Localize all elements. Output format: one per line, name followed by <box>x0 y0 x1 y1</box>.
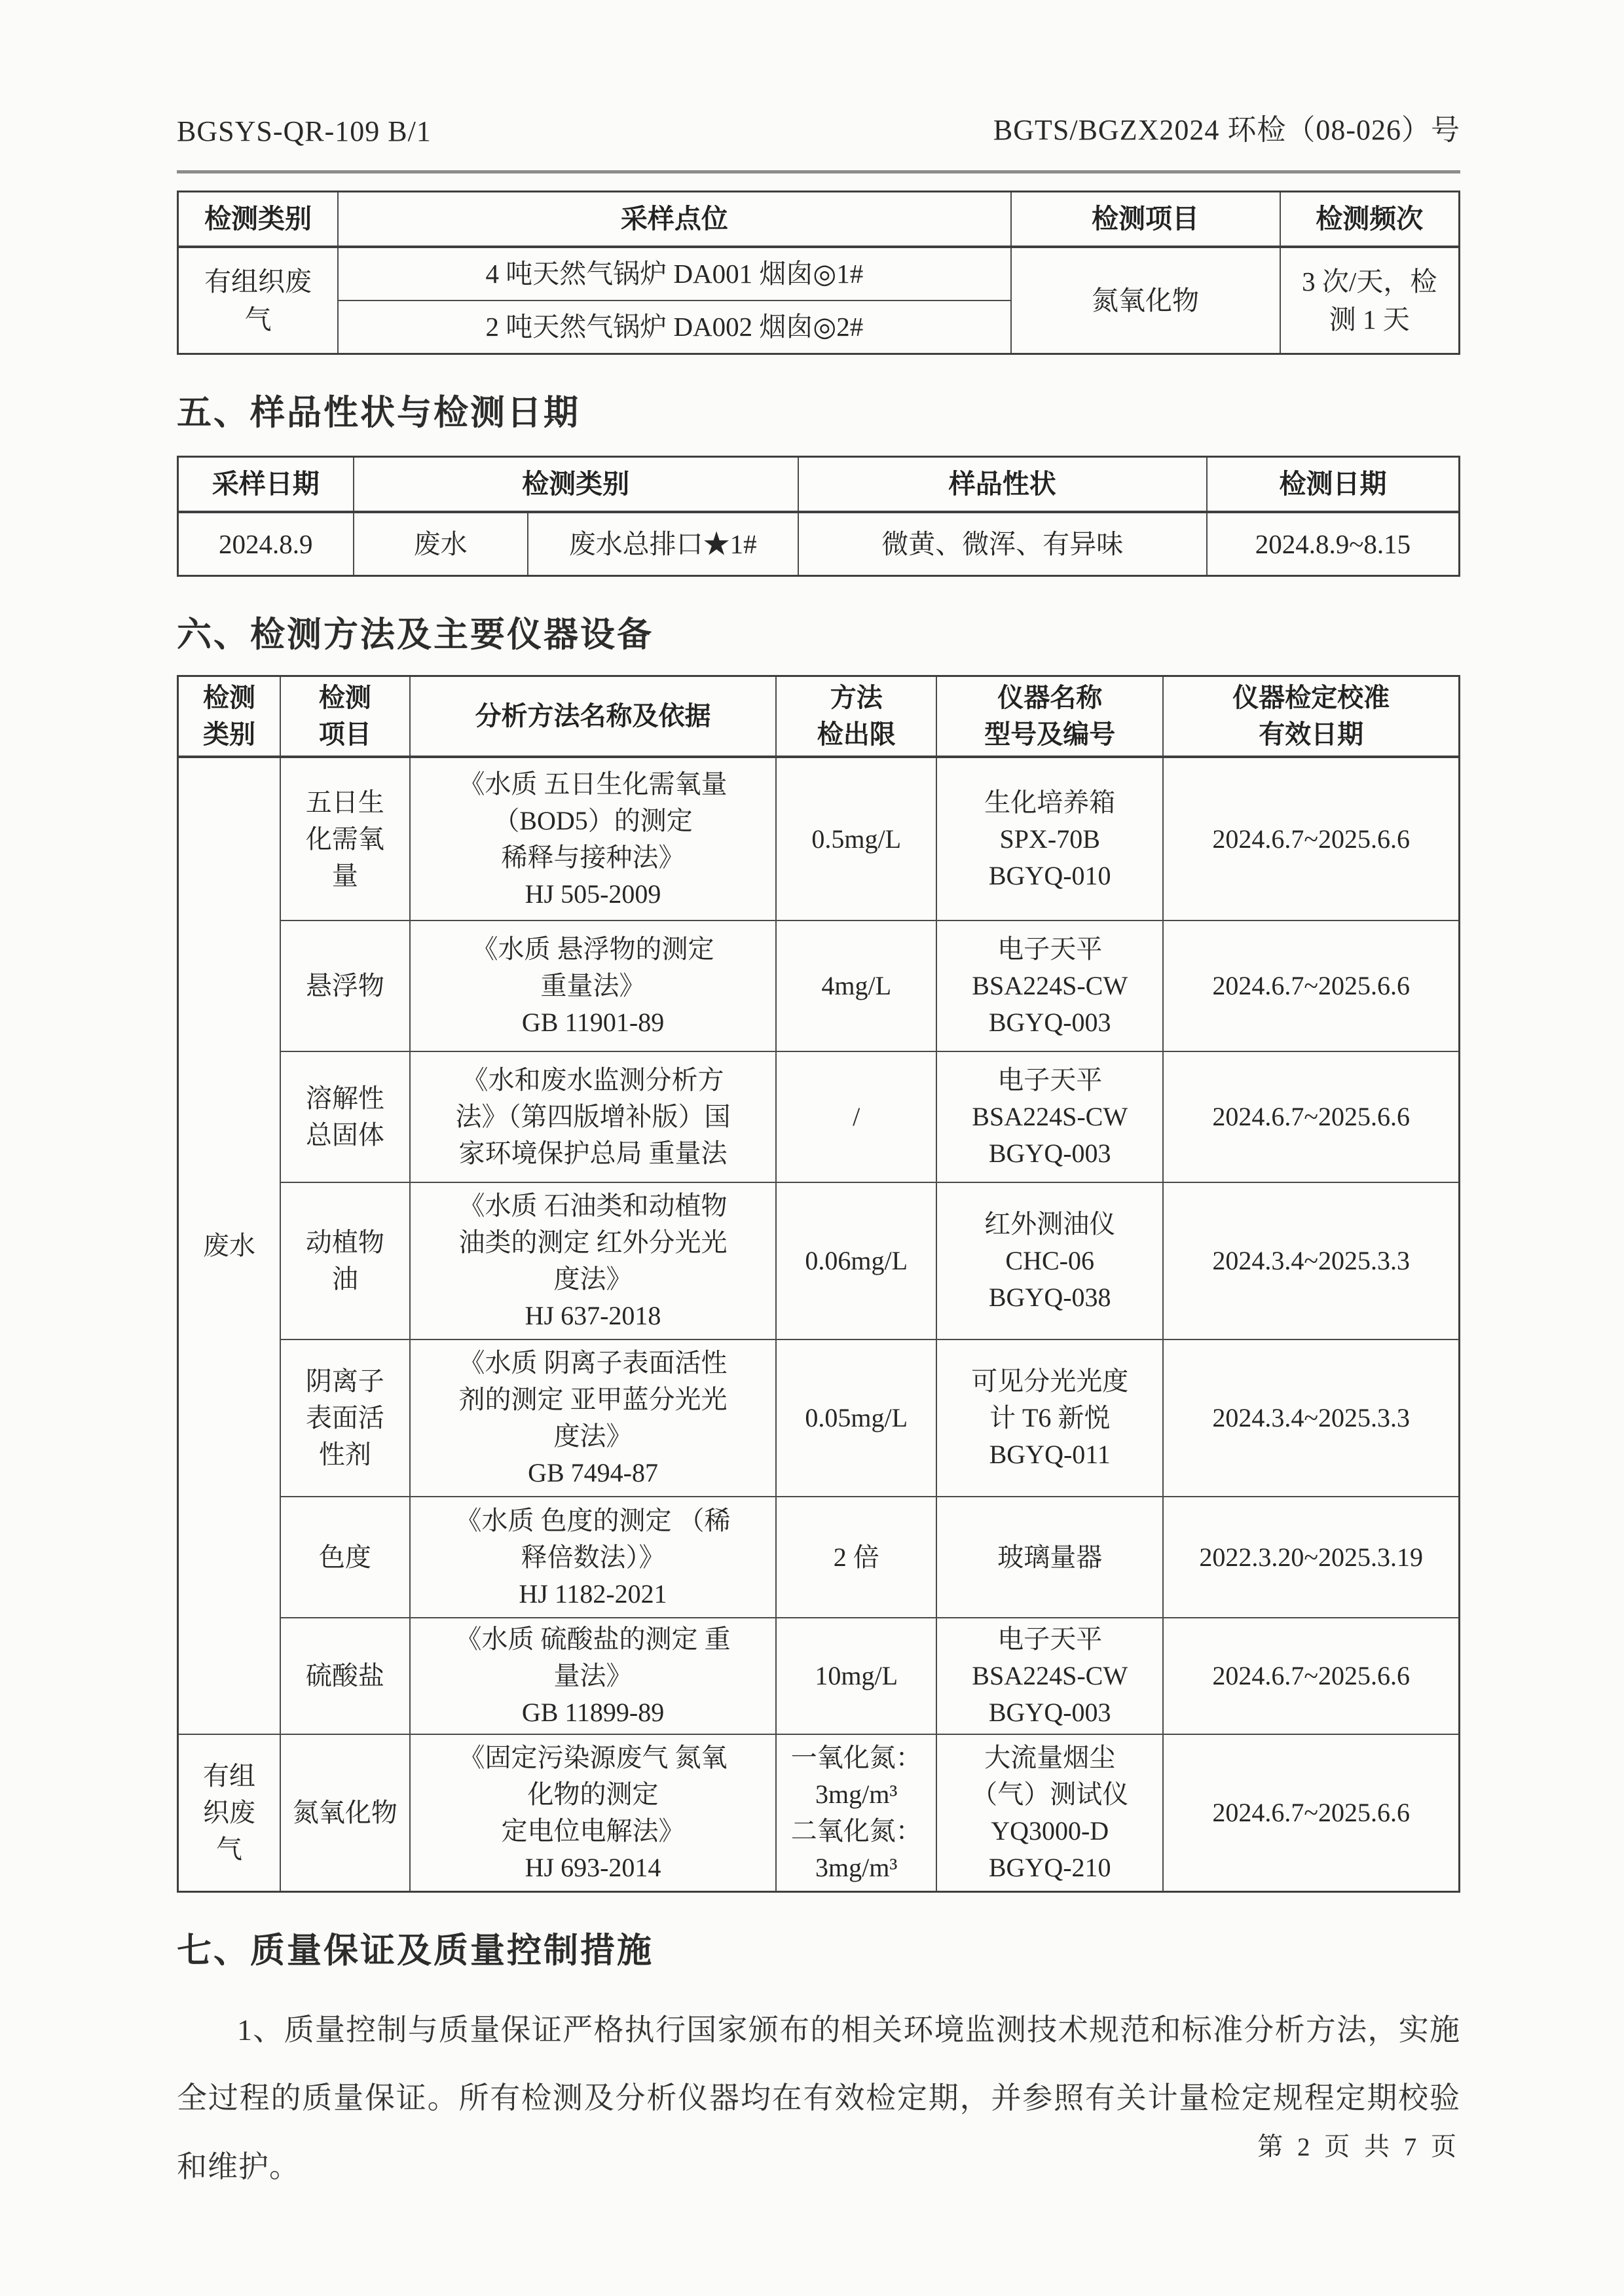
cell-method: 《水质 色度的测定 （稀 释倍数法）》 HJ 1182-2021 <box>410 1497 777 1618</box>
cell-limit: 一氧化氮： 3mg/m³ 二氧化氮： 3mg/m³ <box>776 1734 936 1891</box>
cell-method: 《水质 阴离子表面活性 剂的测定 亚甲蓝分光光 度法》 GB 7494-87 <box>410 1339 777 1497</box>
table-row: 色度 《水质 色度的测定 （稀 释倍数法）》 HJ 1182-2021 2 倍 … <box>178 1497 1460 1618</box>
table-header-row: 检测 类别 检测 项目 分析方法名称及依据 方法 检出限 仪器名称 型号及编号 … <box>178 676 1460 757</box>
table-row: 溶解性 总固体 《水和废水监测分析方 法》（第四版增补版）国 家环境保护总局 重… <box>178 1051 1460 1182</box>
table-row: 硫酸盐 《水质 硫酸盐的测定 重 量法》 GB 11899-89 10mg/L … <box>178 1618 1460 1734</box>
cell-item: 阴离子 表面活 性剂 <box>280 1339 410 1497</box>
col-header-category: 检测类别 <box>178 192 339 247</box>
section-7-title: 七、质量保证及质量控制措施 <box>177 1923 1460 1973</box>
qa-paragraph: 1、质量控制与质量保证严格执行国家颁布的相关环境监测技术规范和标准分析方法，实施… <box>177 1996 1460 2202</box>
cell-item: 氮氧化物 <box>1011 247 1280 354</box>
col-header-sample-date: 采样日期 <box>178 457 354 512</box>
table-row: 废水 五日生 化需氧 量 《水质 五日生化需氧量 （BOD5）的测定 稀释与接种… <box>178 757 1460 920</box>
col-header-test-date: 检测日期 <box>1207 457 1460 512</box>
cell-sample-date: 2024.8.9 <box>178 512 354 576</box>
table-row: 阴离子 表面活 性剂 《水质 阴离子表面活性 剂的测定 亚甲蓝分光光 度法》 G… <box>178 1339 1460 1497</box>
cell-validity: 2024.6.7~2025.6.6 <box>1163 920 1459 1051</box>
cell-validity: 2024.6.7~2025.6.6 <box>1163 1051 1459 1182</box>
col-header-item: 检测 项目 <box>280 676 410 757</box>
cell-instrument: 电子天平 BSA224S-CW BGYQ-003 <box>936 1051 1163 1182</box>
col-header-point: 采样点位 <box>338 192 1010 247</box>
cell-method: 《水质 硫酸盐的测定 重 量法》 GB 11899-89 <box>410 1618 777 1734</box>
cell-item: 悬浮物 <box>280 920 410 1051</box>
cell-instrument: 生化培养箱 SPX-70B BGYQ-010 <box>936 757 1163 920</box>
cell-item: 氮氧化物 <box>280 1734 410 1891</box>
section-5-title: 五、样品性状与检测日期 <box>177 385 1460 435</box>
cell-method: 《固定污染源废气 氮氧 化物的测定 定电位电解法》 HJ 693-2014 <box>410 1734 777 1891</box>
cell-category-organized-gas: 有组 织废 气 <box>178 1734 281 1891</box>
cell-validity: 2022.3.20~2025.3.19 <box>1163 1497 1459 1618</box>
page-content: BGSYS-QR-109 B/1 BGTS/BGZX2024 环检（08-026… <box>177 0 1460 2202</box>
col-header-limit: 方法 检出限 <box>776 676 936 757</box>
cell-method: 《水质 悬浮物的测定 重量法》 GB 11901-89 <box>410 920 777 1051</box>
cell-test-date: 2024.8.9~8.15 <box>1207 512 1460 576</box>
table-row: 有组织废 气 4 吨天然气锅炉 DA001 烟囱◎1# 氮氧化物 3 次/天，检… <box>178 247 1460 301</box>
col-header-appearance: 样品性状 <box>798 457 1207 512</box>
cell-validity: 2024.6.7~2025.6.6 <box>1163 1734 1459 1891</box>
col-header-category: 检测 类别 <box>178 676 281 757</box>
report-number: BGTS/BGZX2024 环检（08-026）号 <box>993 106 1460 148</box>
document-page: BGSYS-QR-109 B/1 BGTS/BGZX2024 环检（08-026… <box>0 0 1624 2296</box>
cell-method: 《水质 石油类和动植物 油类的测定 红外分光光 度法》 HJ 637-2018 <box>410 1182 777 1339</box>
sample-character-table: 采样日期 检测类别 样品性状 检测日期 2024.8.9 废水 废水总排口★1#… <box>177 456 1460 577</box>
table-header-row: 检测类别 采样点位 检测项目 检测频次 <box>178 192 1460 247</box>
cell-sampling-point: 4 吨天然气锅炉 DA001 烟囱◎1# <box>338 247 1010 301</box>
cell-item: 五日生 化需氧 量 <box>280 757 410 920</box>
cell-validity: 2024.6.7~2025.6.6 <box>1163 757 1459 920</box>
cell-instrument: 电子天平 BSA224S-CW BGYQ-003 <box>936 1618 1163 1734</box>
cell-limit: 4mg/L <box>776 920 936 1051</box>
page-footer: 第 2 页 共 7 页 <box>1257 2126 1460 2163</box>
cell-validity: 2024.3.4~2025.3.3 <box>1163 1182 1459 1339</box>
col-header-category: 检测类别 <box>354 457 798 512</box>
cell-limit: 0.05mg/L <box>776 1339 936 1497</box>
cell-instrument: 可见分光光度 计 T6 新悦 BGYQ-011 <box>936 1339 1163 1497</box>
cell-sampling-point: 2 吨天然气锅炉 DA002 烟囱◎2# <box>338 301 1010 354</box>
cell-instrument: 大流量烟尘 （气）测试仪 YQ3000-D BGYQ-210 <box>936 1734 1163 1891</box>
page-header: BGSYS-QR-109 B/1 BGTS/BGZX2024 环检（08-026… <box>177 106 1460 148</box>
cell-appearance: 微黄、微浑、有异味 <box>798 512 1207 576</box>
cell-frequency: 3 次/天，检 测 1 天 <box>1280 247 1460 354</box>
table-row: 动植物 油 《水质 石油类和动植物 油类的测定 红外分光光 度法》 HJ 637… <box>178 1182 1460 1339</box>
cell-category-wastewater: 废水 <box>178 757 281 1734</box>
cell-item: 溶解性 总固体 <box>280 1051 410 1182</box>
cell-point: 废水总排口★1# <box>528 512 798 576</box>
cell-validity: 2024.3.4~2025.3.3 <box>1163 1339 1459 1497</box>
cell-limit: 0.06mg/L <box>776 1182 936 1339</box>
cell-method: 《水质 五日生化需氧量 （BOD5）的测定 稀释与接种法》 HJ 505-200… <box>410 757 777 920</box>
cell-limit: 10mg/L <box>776 1618 936 1734</box>
cell-limit: / <box>776 1051 936 1182</box>
section-6-title: 六、检测方法及主要仪器设备 <box>177 607 1460 657</box>
col-header-method: 分析方法名称及依据 <box>410 676 777 757</box>
header-divider <box>177 170 1460 173</box>
form-number: BGSYS-QR-109 B/1 <box>177 115 432 148</box>
cell-item: 硫酸盐 <box>280 1618 410 1734</box>
table-header-row: 采样日期 检测类别 样品性状 检测日期 <box>178 457 1460 512</box>
cell-instrument: 电子天平 BSA224S-CW BGYQ-003 <box>936 920 1163 1051</box>
col-header-validity: 仪器检定校准 有效日期 <box>1163 676 1459 757</box>
cell-category: 有组织废 气 <box>178 247 339 354</box>
cell-validity: 2024.6.7~2025.6.6 <box>1163 1618 1459 1734</box>
cell-limit: 0.5mg/L <box>776 757 936 920</box>
sampling-points-table: 检测类别 采样点位 检测项目 检测频次 有组织废 气 4 吨天然气锅炉 DA00… <box>177 191 1460 355</box>
cell-item: 动植物 油 <box>280 1182 410 1339</box>
col-header-frequency: 检测频次 <box>1280 192 1460 247</box>
cell-limit: 2 倍 <box>776 1497 936 1618</box>
table-row: 悬浮物 《水质 悬浮物的测定 重量法》 GB 11901-89 4mg/L 电子… <box>178 920 1460 1051</box>
cell-category: 废水 <box>354 512 528 576</box>
method-instrument-table: 检测 类别 检测 项目 分析方法名称及依据 方法 检出限 仪器名称 型号及编号 … <box>177 675 1460 1893</box>
cell-instrument: 玻璃量器 <box>936 1497 1163 1618</box>
cell-instrument: 红外测油仪 CHC-06 BGYQ-038 <box>936 1182 1163 1339</box>
cell-method: 《水和废水监测分析方 法》（第四版增补版）国 家环境保护总局 重量法 <box>410 1051 777 1182</box>
cell-item: 色度 <box>280 1497 410 1618</box>
table-row: 有组 织废 气 氮氧化物 《固定污染源废气 氮氧 化物的测定 定电位电解法》 H… <box>178 1734 1460 1891</box>
col-header-item: 检测项目 <box>1011 192 1280 247</box>
col-header-instrument: 仪器名称 型号及编号 <box>936 676 1163 757</box>
table-row: 2024.8.9 废水 废水总排口★1# 微黄、微浑、有异味 2024.8.9~… <box>178 512 1460 576</box>
